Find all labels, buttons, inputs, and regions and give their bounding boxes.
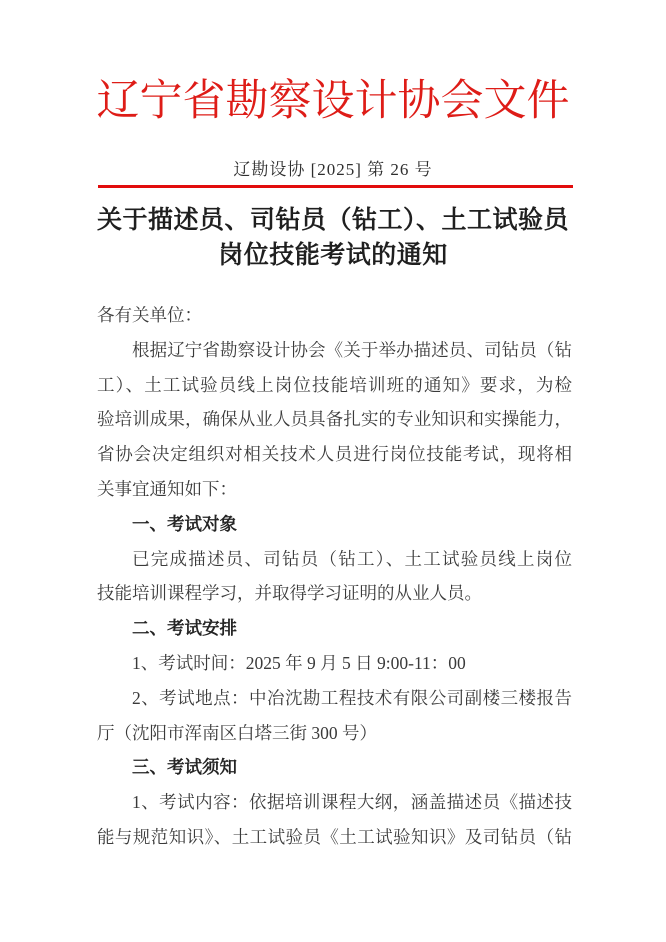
notice-title-line1: 关于描述员、司钻员（钻工）、土工试验员 xyxy=(0,203,666,238)
section-heading: 一、考试对象 xyxy=(97,507,572,542)
body-line: 根据辽宁省勘察设计协会《关于举办描述员、司钻员（钻 xyxy=(97,333,572,368)
body-line: 省协会决定组织对相关技术人员进行岗位技能考试，现将相 xyxy=(97,437,572,472)
body-line: 厅（沈阳市浑南区白塔三街 300 号） xyxy=(97,716,572,751)
section-heading: 三、考试须知 xyxy=(97,750,572,785)
body-line: 工）、土工试验员线上岗位技能培训班的通知》要求，为检 xyxy=(97,368,572,403)
body-line: 各有关单位： xyxy=(97,298,572,333)
document-page: 辽宁省勘察设计协会文件 辽勘设协 [2025] 第 26 号 关于描述员、司钻员… xyxy=(0,0,666,942)
header-divider-rule xyxy=(98,185,573,188)
notice-title: 关于描述员、司钻员（钻工）、土工试验员 岗位技能考试的通知 xyxy=(0,203,666,273)
org-title: 辽宁省勘察设计协会文件 xyxy=(0,76,666,128)
body-line: 技能培训课程学习，并取得学习证明的从业人员。 xyxy=(97,576,572,611)
notice-body: 各有关单位：根据辽宁省勘察设计协会《关于举办描述员、司钻员（钻工）、土工试验员线… xyxy=(0,298,666,855)
body-line: 验培训成果，确保从业人员具备扎实的专业知识和实操能力， xyxy=(97,402,572,437)
body-line: 已完成描述员、司钻员（钻工）、土工试验员线上岗位 xyxy=(97,542,572,577)
body-line: 能与规范知识》、土工试验员《土工试验知识》及司钻员（钻 xyxy=(97,820,572,855)
doc-number: 辽勘设协 [2025] 第 26 号 xyxy=(0,158,666,181)
section-heading: 二、考试安排 xyxy=(97,611,572,646)
body-line: 2、考试地点：中冶沈勘工程技术有限公司副楼三楼报告 xyxy=(97,681,572,716)
body-line: 1、考试时间：2025 年 9 月 5 日 9:00-11：00 xyxy=(97,646,572,681)
body-line: 1、考试内容：依据培训课程大纲，涵盖描述员《描述技 xyxy=(97,785,572,820)
body-line: 关事宜通知如下： xyxy=(97,472,572,507)
notice-title-line2: 岗位技能考试的通知 xyxy=(0,238,666,273)
